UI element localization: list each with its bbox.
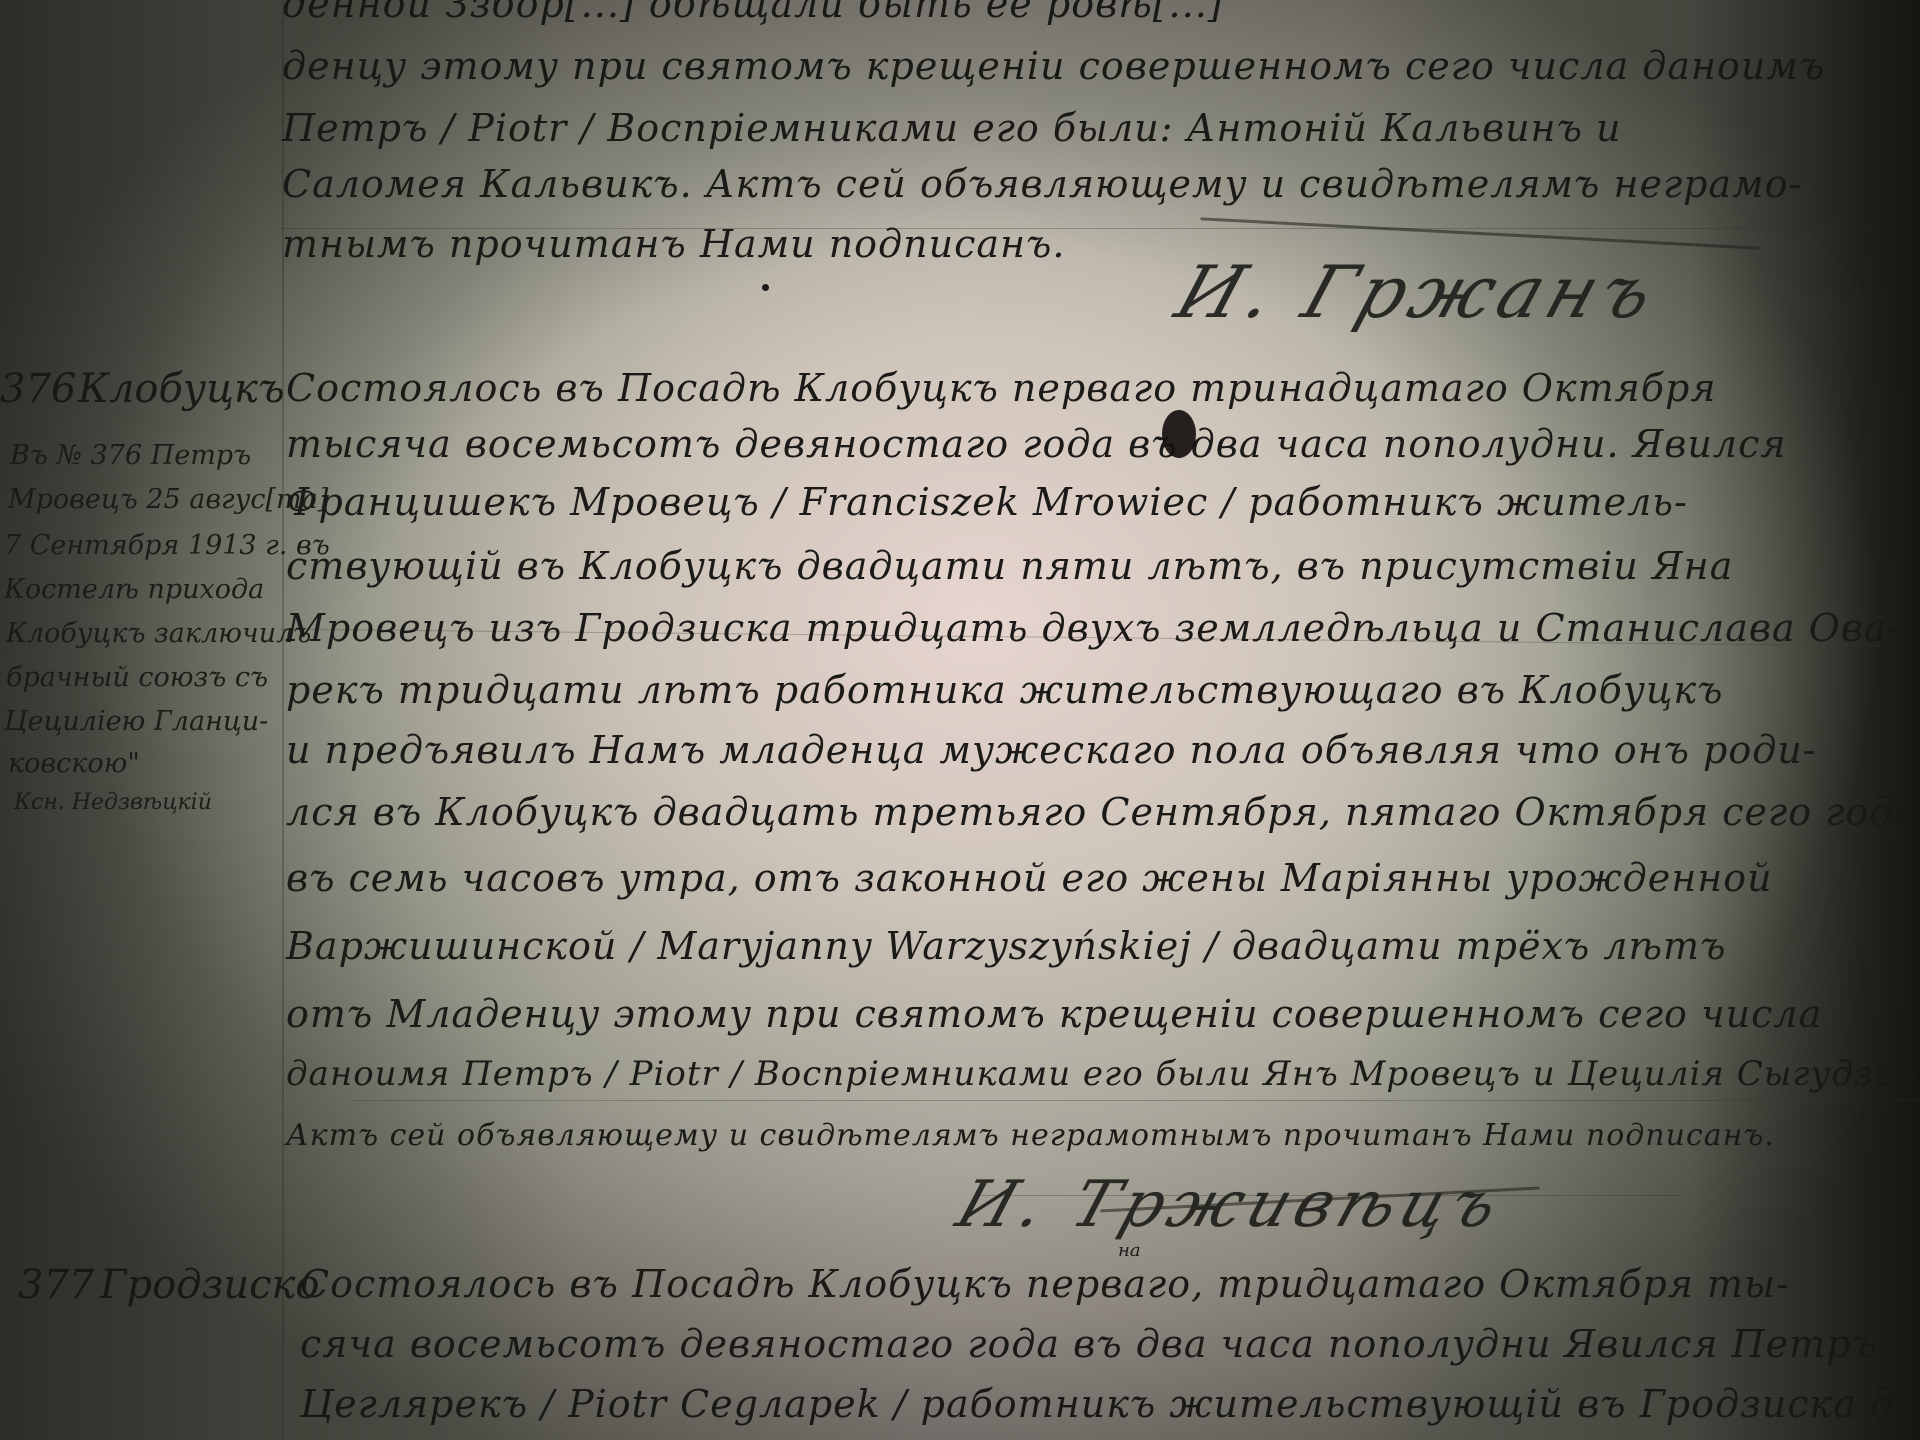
text-line: денцу этому при святомъ крещеніи соверше… <box>282 44 1825 88</box>
margin-note-line: Костелѣ прихода <box>4 574 264 605</box>
margin-note-signature: Ксн. Недзвѣцкій <box>14 790 212 815</box>
text-line: въ семь часовъ утра, отъ законной его же… <box>286 856 1773 900</box>
text-line: и предъявилъ Намъ младенца мужескаго пол… <box>286 728 1817 772</box>
entry-place: Гродзиско <box>100 1262 319 1308</box>
text-line: Цеглярекъ / Piotr Cegларek / работникъ ж… <box>300 1382 1920 1426</box>
register-page: денной Ззбор[...] обѣщали быть её ровѣ[.… <box>0 0 1920 1440</box>
text-line: лся въ Клобуцкъ двадцать третьяго Сентяб… <box>286 790 1918 834</box>
insertion-mark: на <box>1118 1240 1141 1261</box>
margin-note-line: Цециліею Гланци- <box>4 706 268 737</box>
entry-number: 376 <box>0 366 76 412</box>
text-line: денной Ззбор[...] обѣщали быть её ровѣ[.… <box>282 0 1224 26</box>
margin-note-line: Мровецъ 25 авгус[та] <box>8 484 328 515</box>
ink-dot <box>762 284 769 291</box>
text-line: сяча восемьсотъ девяностаго года въ два … <box>300 1322 1878 1366</box>
text-line: рекъ тридцати лѣтъ работника жительствую… <box>286 668 1723 712</box>
text-line: даноимя Петръ / Piotr / Воспріемниками е… <box>286 1054 1920 1094</box>
text-line: Актъ сей объявляющему и свидѣтелямъ негр… <box>286 1118 1775 1153</box>
margin-note-line: Въ № 376 Петръ <box>10 440 251 471</box>
text-line: тнымъ прочитанъ Нами подписанъ. <box>282 222 1065 266</box>
text-line: отъ Младенцу этому при святомъ крещеніи … <box>286 992 1822 1036</box>
ink-blot <box>1162 410 1196 458</box>
text-line: Петръ / Piotr / Воспріемниками его были:… <box>282 106 1621 150</box>
margin-note-line: брачный союзъ съ <box>6 662 268 693</box>
entry-place: Клобуцкъ <box>78 366 285 412</box>
text-line: Состоялось въ Посадѣ Клобуцкъ перваго, т… <box>300 1262 1790 1306</box>
margin-rule <box>282 0 284 1440</box>
text-line: тысяча восемьсотъ девяностаго года въ дв… <box>286 422 1787 466</box>
text-line: Францишекъ Мровецъ / Franciszek Mrowiec … <box>286 480 1688 524</box>
text-line: Саломея Кальвикъ. Актъ сей объявляющему … <box>282 162 1802 206</box>
signature-flourish <box>1200 217 1759 249</box>
text-line: Варжишинской / Maryjanny Warzyszyńskiej … <box>286 924 1726 968</box>
priest-signature: И. Гржанъ <box>1166 250 1670 334</box>
margin-note-line: ковскою" <box>8 748 140 779</box>
margin-note-line: Клобуцкъ заключилъ <box>6 618 311 649</box>
text-line: Состоялось въ Посадѣ Клобуцкъ перваго тр… <box>286 366 1717 410</box>
ruled-line <box>350 1100 1920 1101</box>
text-line: Мровецъ изъ Гродзиска тридцать двухъ зем… <box>286 606 1901 650</box>
entry-number: 377 <box>18 1262 94 1308</box>
margin-note-line: 7 Сентября 1913 г. въ <box>4 530 330 561</box>
text-line: ствующій въ Клобуцкъ двадцати пяти лѣтъ,… <box>286 544 1733 588</box>
